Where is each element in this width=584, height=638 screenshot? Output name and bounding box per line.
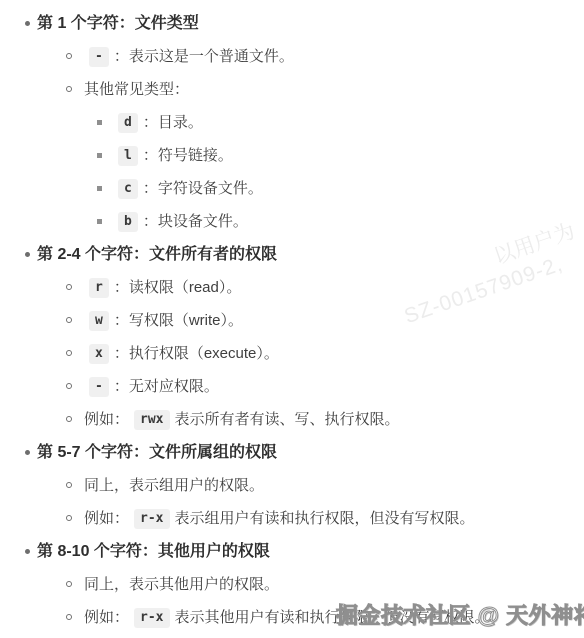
inline-code-chip: w [89,311,109,331]
item-text: 例如： [84,510,129,527]
list-item: c：字符设备文件。 [0,178,584,199]
square-bullet-icon [97,120,102,125]
disc-bullet-icon [25,21,30,26]
circle-bullet-icon [66,614,72,620]
item-text: ：读权限（read）。 [114,279,242,296]
heading-text: 第 5-7 个字符：文件所属组的权限 [37,444,277,461]
circle-bullet-icon [66,317,72,323]
list-item: 例如：r-x表示组用户有读和执行权限，但没有写权限。 [0,508,584,529]
inline-code-chip: d [118,113,138,133]
list-heading: 第 5-7 个字符：文件所属组的权限 [0,442,584,463]
list-item: w：写权限（write）。 [0,310,584,331]
item-text: 例如： [84,609,129,626]
item-text: ：目录。 [143,114,203,131]
circle-bullet-icon [66,581,72,587]
circle-bullet-icon [66,482,72,488]
list-heading: 第 1 个字符：文件类型 [0,13,584,34]
heading-text: 第 1 个字符：文件类型 [37,15,199,32]
list-item: r：读权限（read）。 [0,277,584,298]
list-item: 其他常见类型： [0,79,584,100]
square-bullet-icon [97,186,102,191]
item-text: 例如： [84,411,129,428]
inline-code-chip: b [118,212,138,232]
list-item: 例如：rwx表示所有者有读、写、执行权限。 [0,409,584,430]
heading-text: 第 2-4 个字符：文件所有者的权限 [37,246,277,263]
item-text: ：表示这是一个普通文件。 [114,48,294,65]
circle-bullet-icon [66,53,72,59]
list-heading: 第 8-10 个字符：其他用户的权限 [0,541,584,562]
heading-text: 第 8-10 个字符：其他用户的权限 [37,543,270,560]
list-heading: 第 2-4 个字符：文件所有者的权限 [0,244,584,265]
list-item: 例如：r-x表示其他用户有读和执行权限，但没有写权限。 [0,607,584,628]
bullet-list: 第 1 个字符：文件类型-：表示这是一个普通文件。其他常见类型：d：目录。l：符… [0,13,584,638]
item-text: 同上，表示组用户的权限。 [84,477,264,494]
inline-code-chip: - [89,377,109,397]
inline-code-chip: r-x [134,608,169,628]
disc-bullet-icon [25,549,30,554]
item-text: 表示其他用户有读和执行权限，但没有写权限。 [175,609,490,626]
inline-code-chip: r [89,278,109,298]
inline-code-chip: x [89,344,109,364]
list-item: 同上，表示其他用户的权限。 [0,574,584,595]
list-item: l：符号链接。 [0,145,584,166]
list-item: 同上，表示组用户的权限。 [0,475,584,496]
inline-code-chip: c [118,179,138,199]
item-text: 其他常见类型： [84,81,189,98]
list-item: -：无对应权限。 [0,376,584,397]
item-text: 表示所有者有读、写、执行权限。 [175,411,400,428]
item-text: ：执行权限（execute）。 [114,345,279,362]
item-text: ：块设备文件。 [143,213,248,230]
circle-bullet-icon [66,284,72,290]
inline-code-chip: r-x [134,509,169,529]
circle-bullet-icon [66,515,72,521]
inline-code-chip: rwx [134,410,169,430]
circle-bullet-icon [66,350,72,356]
square-bullet-icon [97,219,102,224]
circle-bullet-icon [66,416,72,422]
item-text: 表示组用户有读和执行权限，但没有写权限。 [175,510,475,527]
inline-code-chip: l [118,146,138,166]
item-text: ：符号链接。 [143,147,233,164]
item-text: ：字符设备文件。 [143,180,263,197]
item-text: ：无对应权限。 [114,378,219,395]
list-item: b：块设备文件。 [0,211,584,232]
list-item: d：目录。 [0,112,584,133]
inline-code-chip: - [89,47,109,67]
list-item: -：表示这是一个普通文件。 [0,46,584,67]
disc-bullet-icon [25,450,30,455]
circle-bullet-icon [66,86,72,92]
square-bullet-icon [97,153,102,158]
list-item: x：执行权限（execute）。 [0,343,584,364]
item-text: ：写权限（write）。 [114,312,243,329]
circle-bullet-icon [66,383,72,389]
disc-bullet-icon [25,252,30,257]
item-text: 同上，表示其他用户的权限。 [84,576,279,593]
